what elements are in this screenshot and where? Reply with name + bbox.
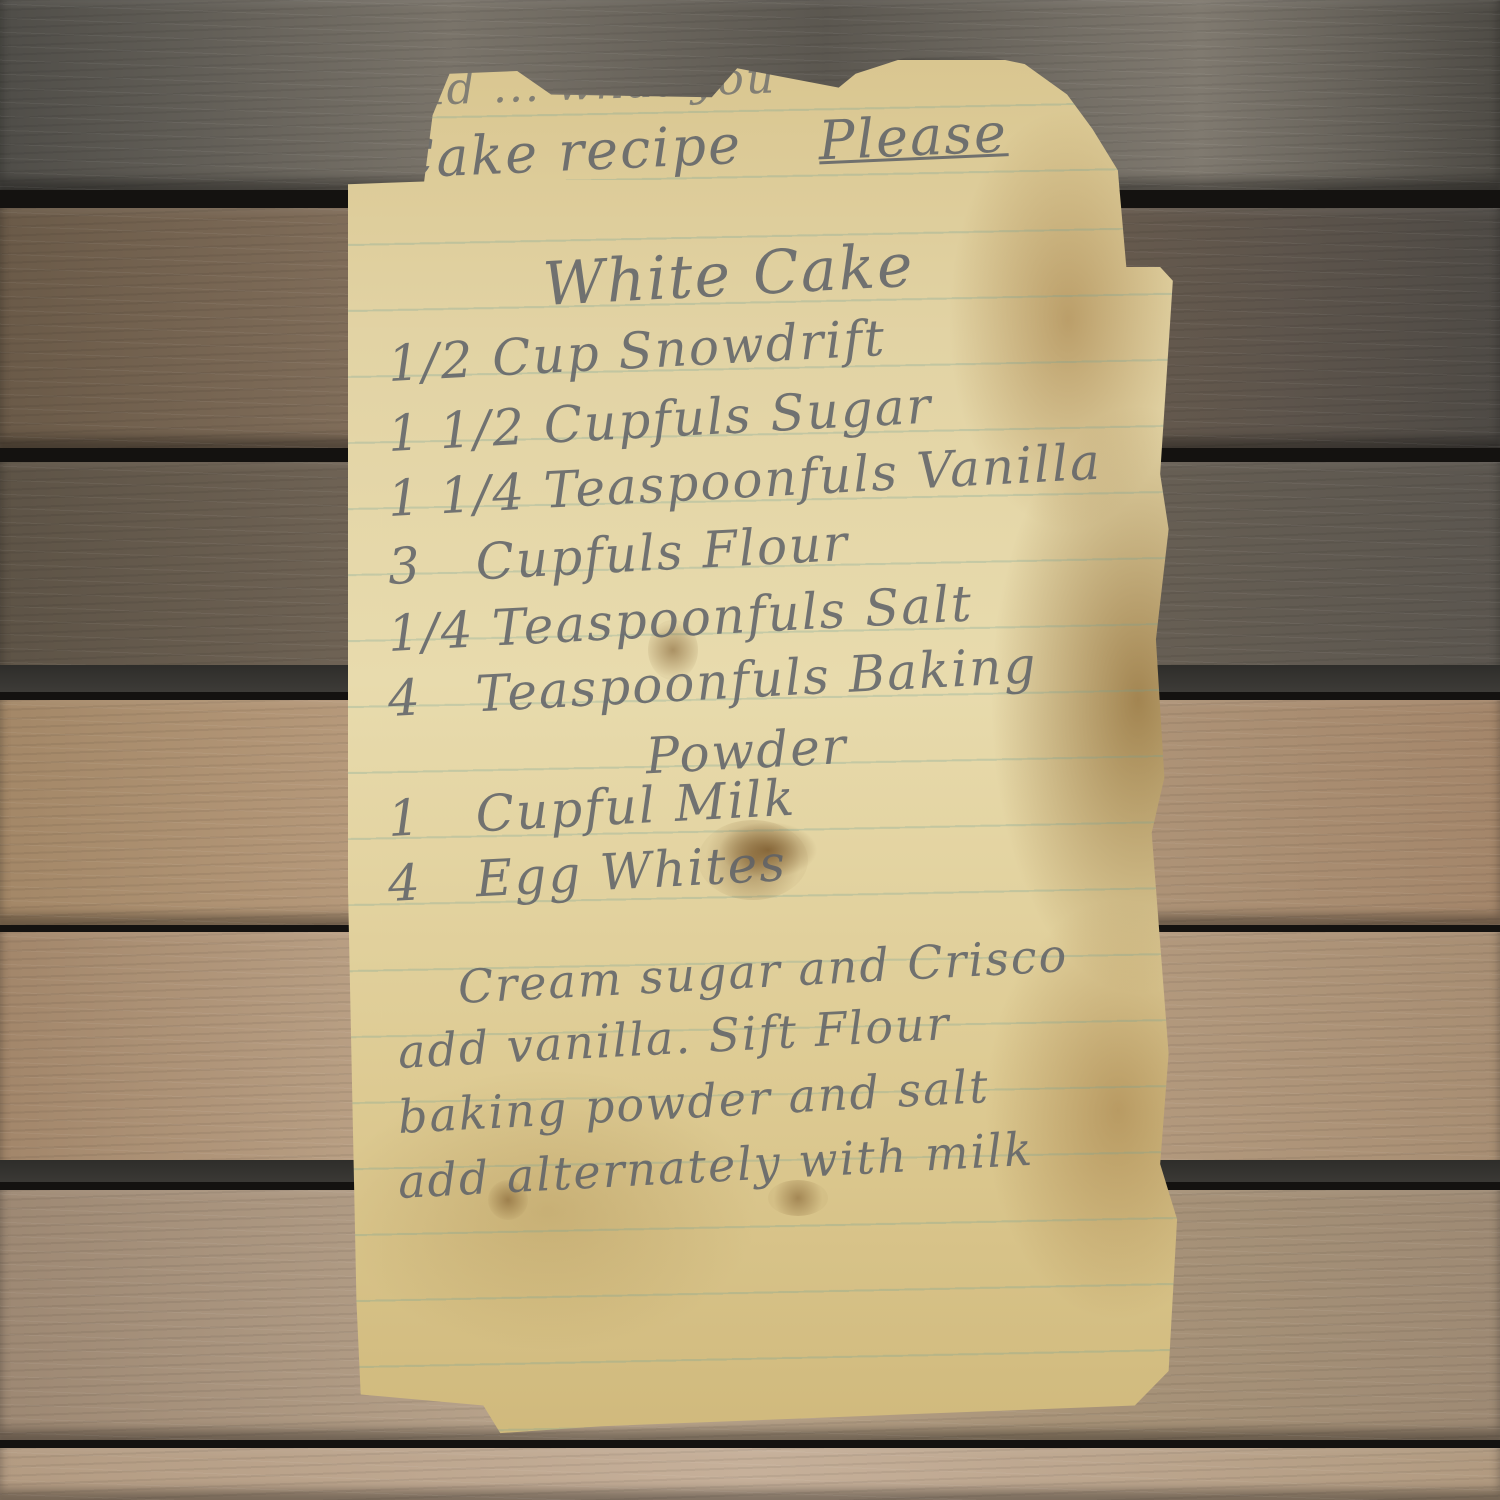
ingredient-quantity: 4 [386,851,459,913]
ingredient-quantity: 1 [386,786,459,848]
recipe-paper: and ... what you Cake recipe Please Whit… [348,60,1194,1440]
wood-plank [0,1448,1500,1500]
ingredient-quantity: 1/2 [386,331,475,393]
ingredient-quantity: 1 1/4 [386,463,527,528]
ingredient-quantity: 1 1/2 [386,398,527,463]
plank-gap [0,1440,1500,1448]
ingredient-quantity: 4 [386,666,459,728]
ingredient-quantity: 1/4 [386,601,475,663]
ingredient-quantity: 3 [386,534,459,596]
note-please: Please [817,101,1009,172]
